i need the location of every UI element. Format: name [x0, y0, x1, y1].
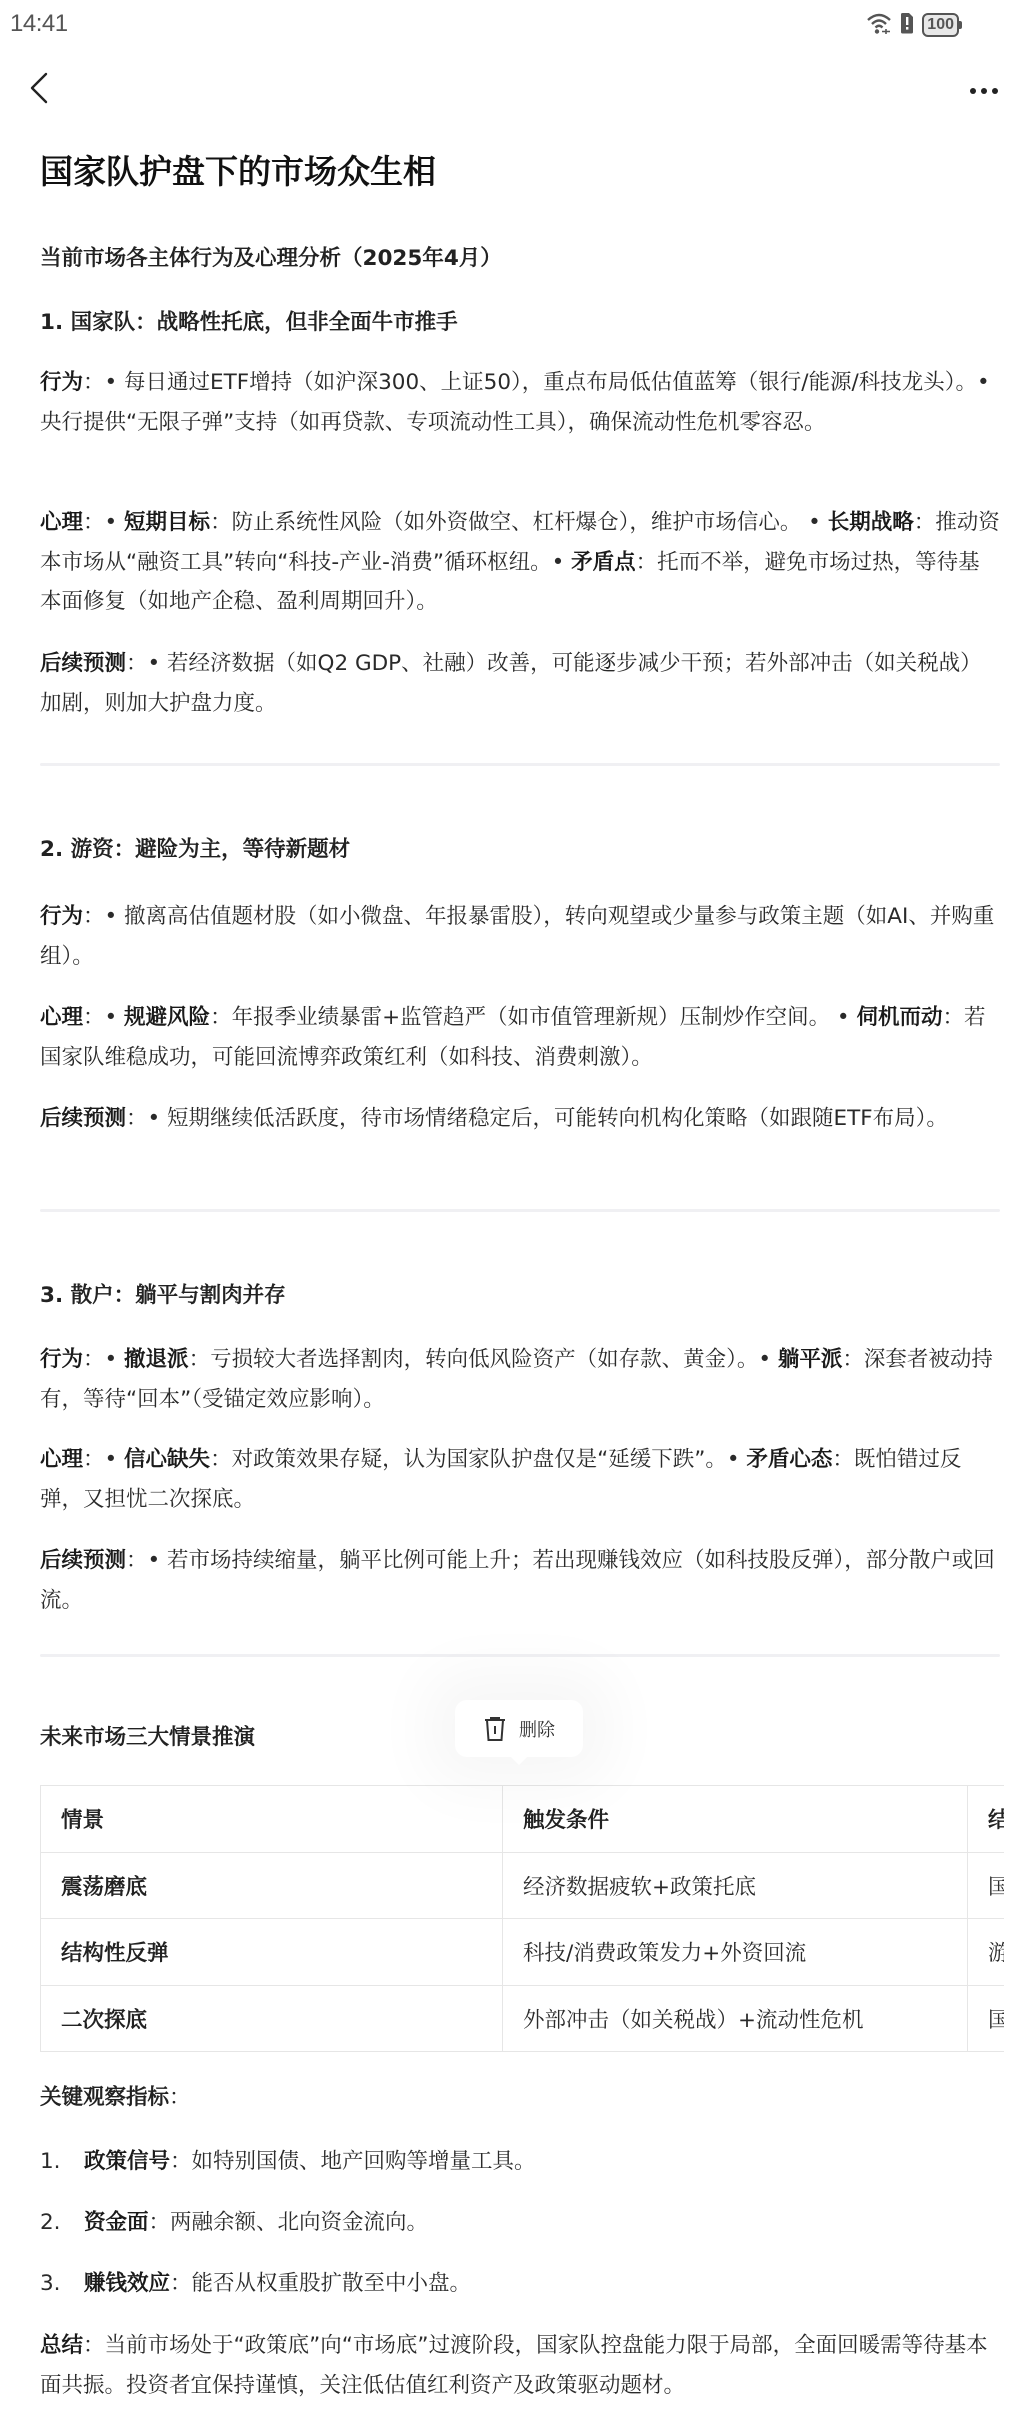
table-row: 结构性反弹 科技/消费政策发力+外资回流 游 — [41, 1919, 1005, 1986]
summary: 总结：当前市场处于“政策底”向“市场底”过渡阶段，国家队控盘能力限于局部，全面回… — [40, 2326, 1000, 2405]
delete-tooltip-button[interactable]: 删除 — [455, 1700, 583, 1757]
section-3-psychology: 心理：• 信心缺失：对政策效果存疑，认为国家队护盘仅是“延缓下跌”。• 矛盾心态… — [40, 1440, 1000, 1519]
battery-level: 100 — [922, 13, 959, 37]
indicator-item: 1.政策信号：如特别国债、地产回购等增量工具。 — [40, 2144, 536, 2175]
indicators-heading: 关键观察指标： — [40, 2080, 191, 2111]
chevron-left-icon — [24, 68, 54, 108]
indicator-item: 2.资金面：两融余额、北向资金流向。 — [40, 2205, 428, 2236]
scenarios-heading: 未来市场三大情景推演 — [40, 1720, 255, 1751]
battery-icon: 100 — [922, 13, 962, 37]
section-1-psychology: 心理：• 短期目标：防止系统性风险（如外资做空、杠杆爆仓），维护市场信心。 • … — [40, 503, 1000, 622]
sim-alert-icon — [900, 12, 914, 38]
table-row: 二次探底 外部冲击（如关税战）+流动性危机 国 — [41, 1985, 1005, 2052]
indicator-item: 3.赚钱效应：能否从权重股扩散至中小盘。 — [40, 2266, 471, 2297]
section-2-psychology: 心理：• 规避风险：年报季业绩暴雷+监管趋严（如市值管理新规）压制炒作空间。 •… — [40, 998, 1000, 1077]
column-header: 情景 — [41, 1786, 503, 1853]
section-1-behavior: 行为：• 每日通过ETF增持（如沪深300、上证50），重点布局低估值蓝筹（银行… — [40, 363, 1000, 442]
nav-bar — [0, 60, 1024, 120]
section-2-heading: 2. 游资：避险为主，等待新题材 — [40, 832, 350, 863]
forecast-label: 后续预测 — [40, 651, 126, 676]
section-2-behavior: 行为：• 撤离高估值题材股（如小微盘、年报暴雷股），转向观望或少量参与政策主题（… — [40, 897, 1000, 976]
column-header: 结 — [968, 1786, 1005, 1853]
table-cell: 国 — [968, 1985, 1005, 2052]
article-subtitle: 当前市场各主体行为及心理分析（2025年4月） — [40, 241, 502, 272]
section-3-forecast: 后续预测：• 若市场持续缩量，躺平比例可能上升；若出现赚钱效应（如科技股反弹），… — [40, 1541, 1000, 1620]
table-cell: 震荡磨底 — [41, 1852, 503, 1919]
table-cell: 经济数据疲软+政策托底 — [503, 1852, 968, 1919]
section-2-forecast: 后续预测：• 短期继续低活跃度，待市场情绪稳定后，可能转向机构化策略（如跟随ET… — [40, 1099, 1000, 1139]
scenarios-table[interactable]: 情景 触发条件 结 震荡磨底 经济数据疲软+政策托底 国 结构性反弹 科技/消费… — [40, 1785, 1004, 2053]
table-cell: 科技/消费政策发力+外资回流 — [503, 1919, 968, 1986]
status-bar: 14:41 100 — [0, 0, 1024, 52]
behavior-label: 行为 — [40, 370, 83, 395]
section-1-forecast: 后续预测：• 若经济数据（如Q2 GDP、社融）改善，可能逐步减少干预；若外部冲… — [40, 644, 1000, 723]
wifi-icon — [866, 12, 892, 38]
more-dot — [992, 88, 998, 94]
divider — [40, 1654, 1000, 1657]
delete-label: 删除 — [519, 1716, 555, 1742]
table-cell: 国 — [968, 1852, 1005, 1919]
table-row: 震荡磨底 经济数据疲软+政策托底 国 — [41, 1852, 1005, 1919]
divider — [40, 1209, 1000, 1212]
table-cell: 结构性反弹 — [41, 1919, 503, 1986]
table-cell: 游 — [968, 1919, 1005, 1986]
psych-label: 心理 — [40, 510, 83, 535]
column-header: 触发条件 — [503, 1786, 968, 1853]
back-button[interactable] — [24, 68, 64, 112]
more-button[interactable] — [962, 76, 1006, 106]
more-dot — [970, 88, 976, 94]
behavior-text: ：• 每日通过ETF增持（如沪深300、上证50），重点布局低估值蓝筹（银行/能… — [40, 370, 990, 435]
divider — [40, 763, 1000, 766]
trash-icon — [483, 1716, 507, 1742]
section-3-behavior: 行为：• 撤退派：亏损较大者选择割肉，转向低风险资产（如存款、黄金）。• 躺平派… — [40, 1340, 1000, 1419]
more-dot — [981, 88, 987, 94]
section-3-heading: 3. 散户：躺平与割肉并存 — [40, 1278, 286, 1309]
table-cell: 外部冲击（如关税战）+流动性危机 — [503, 1985, 968, 2052]
table-header-row: 情景 触发条件 结 — [41, 1786, 1005, 1853]
section-1-heading: 1. 国家队：战略性托底，但非全面牛市推手 — [40, 305, 458, 336]
status-time: 14:41 — [10, 10, 68, 38]
table-cell: 二次探底 — [41, 1985, 503, 2052]
page-title: 国家队护盘下的市场众生相 — [40, 146, 436, 193]
status-icons: 100 — [866, 12, 962, 38]
